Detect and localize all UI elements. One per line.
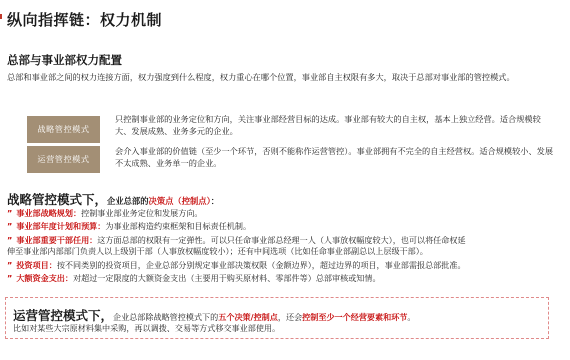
- bullet-key: 事业部年度计划和预算：: [16, 221, 105, 231]
- bullet-item: ”事业部重要干部任用：这方面总部的权限有一定弹性。可以只任命事业部总经理一人（人…: [7, 234, 567, 247]
- operation-red-1: 五个决策/控制点: [218, 312, 278, 322]
- bullet-item: ”事业部年度计划和预算：为事业部构造约束框架和目标责任机制。: [7, 220, 567, 233]
- strategy-heading-small: 企业总部的: [107, 196, 149, 206]
- operation-heading: 运营管控模式下，企业总部除战略管控模式下的五个决策/控制点，还会控制至少一个经营…: [13, 305, 416, 324]
- operation-mode-description: 会介入事业部的价值链（至少一个环节，否则不能称作运营管控）。事业部拥有不完全的自…: [115, 146, 555, 170]
- operation-mode-label: 运营管控模式: [27, 146, 100, 173]
- bullet-text: 控制事业部业务定位和发展方向。: [81, 208, 202, 218]
- bullet-text: 这方面总部的权限有一定弹性。可以只任命事业部总经理一人（人事放权幅度较大），也可…: [97, 235, 465, 245]
- bullet-text: 伸至事业部内部部门负责人以上级别干部（人事放权幅度较小）；还有中间选项（比如任命…: [7, 246, 428, 256]
- strategy-heading-red: 决策点（控制点）: [149, 196, 211, 206]
- bullet-mark-icon: ”: [7, 260, 12, 270]
- bullet-text: 按不同类别的投资项目，企业总部分别规定事业部决策权限（金额边界），超过边界的项目…: [57, 260, 466, 270]
- operation-red-2: 控制至少一个经营要素和环节: [302, 312, 407, 322]
- section-heading: 总部与事业部权力配置: [7, 52, 122, 68]
- operation-text-2: ，还会: [278, 312, 302, 322]
- section-intro: 总部和事业部之间的权力连接方面，权力强度到什么程度，权力重心在哪个位置，事业部自…: [7, 72, 563, 84]
- bullet-key: 大额资金支出：: [16, 273, 73, 283]
- bullet-mark-icon: ”: [7, 208, 12, 218]
- strategy-bullet-list: ”事业部战略规划：控制事业部业务定位和发展方向。 ”事业部年度计划和预算：为事业…: [7, 207, 567, 285]
- operation-heading-big: 运营管控模式下，: [13, 308, 113, 323]
- strategy-mode-label: 战略管控模式: [27, 116, 100, 143]
- bullet-text: 为事业部构造约束框架和目标责任机制。: [105, 221, 251, 231]
- bullet-item: ”投资项目：按不同类别的投资项目，企业总部分别规定事业部决策权限（金额边界），超…: [7, 259, 567, 272]
- title-accent-mark: [0, 14, 2, 19]
- bullet-mark-icon: ”: [7, 273, 12, 283]
- bullet-key: 事业部战略规划：: [16, 208, 81, 218]
- bullet-continuation: 伸至事业部内部部门负责人以上级别干部（人事放权幅度较小）；还有中间选项（比如任命…: [7, 246, 567, 257]
- operation-text-3: 。: [407, 312, 415, 322]
- bullet-text: 对超过一定限度的大额资金支出（主要用于购买原材料、零部件等）总部审核或知情。: [73, 273, 381, 283]
- strategy-heading-big: 战略管控模式下，: [7, 192, 107, 207]
- page-title: 纵向指挥链：权力机制: [7, 9, 162, 30]
- strategy-heading: 战略管控模式下，企业总部的决策点（控制点）：: [7, 189, 219, 208]
- strategy-mode-description: 只控制事业部的业务定位和方向，关注事业部经营目标的达成。事业部有较大的自主权，基…: [115, 114, 555, 138]
- bullet-item: ”大额资金支出：对超过一定限度的大额资金支出（主要用于购买原材料、零部件等）总部…: [7, 272, 567, 285]
- bullet-item: ”事业部战略规划：控制事业部业务定位和发展方向。: [7, 207, 567, 220]
- bullet-key: 投资项目：: [16, 260, 56, 270]
- bullet-mark-icon: ”: [7, 221, 12, 231]
- bullet-key: 事业部重要干部任用：: [16, 235, 97, 245]
- operation-example: 比如对某些大宗原材料集中采购，再以调拨、交易等方式移交事业部使用。: [13, 323, 280, 334]
- strategy-heading-end: ：: [211, 196, 219, 206]
- operation-text-1: 企业总部除战略管控模式下的: [113, 312, 218, 322]
- bullet-mark-icon: ”: [7, 235, 12, 245]
